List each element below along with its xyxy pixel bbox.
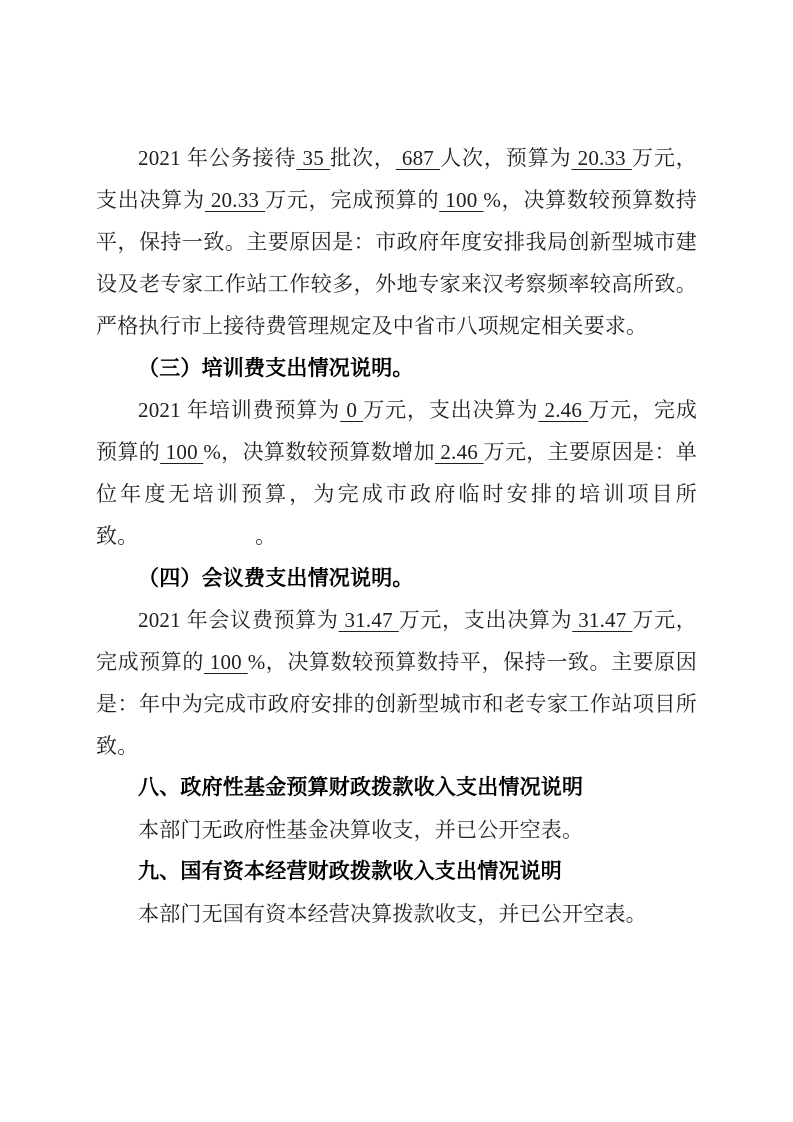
text-run: 人次，预算为 [440, 146, 571, 170]
paragraph: 2021 年培训费预算为 0 万元，支出决算为 2.46 万元，完成预算的 10… [96, 389, 697, 557]
underlined-value: 100 [439, 188, 483, 212]
paragraph: 2021 年公务接待 35 批次， 687 人次，预算为 20.33 万元，支出… [96, 137, 697, 347]
text-run: 八、政府性基金预算财政拨款收入支出情况说明 [138, 776, 583, 799]
text-run: 2021 年培训费预算为 [138, 398, 340, 422]
text-run: 。 [128, 524, 276, 548]
text-run: 2021 年公务接待 [138, 146, 296, 170]
underlined-value: 687 [396, 146, 440, 170]
underlined-value: 31.47 [339, 608, 399, 632]
text-run: 本部门无政府性基金决算收支，并已公开空表。 [138, 818, 583, 842]
text-run: （四）会议费支出情况说明。 [138, 566, 414, 590]
underlined-value: 2.46 [435, 440, 484, 464]
underlined-value: 100 [204, 650, 248, 674]
text-run: 2021 年会议费预算为 [138, 608, 339, 632]
sub-section-heading: （四）会议费支出情况说明。 [96, 557, 697, 599]
paragraph: 2021 年会议费预算为 31.47 万元，支出决算为 31.47 万元，完成预… [96, 599, 697, 767]
text-run: （三）培训费支出情况说明。 [138, 356, 414, 380]
section-heading: 八、政府性基金预算财政拨款收入支出情况说明 [96, 767, 697, 809]
underlined-value: 20.33 [205, 188, 265, 212]
text-run: 万元，完成预算的 [265, 188, 439, 212]
document-page: 2021 年公务接待 35 批次， 687 人次，预算为 20.33 万元，支出… [0, 0, 793, 1122]
text-run: 本部门无国有资本经营决算拨款收支，并已公开空表。 [138, 902, 647, 926]
section-heading: 九、国有资本经营财政拨款收入支出情况说明 [96, 851, 697, 893]
text-run: 九、国有资本经营财政拨款收入支出情况说明 [138, 860, 562, 883]
underlined-value: 100 [160, 440, 203, 464]
underlined-value: 31.47 [572, 608, 632, 632]
paragraph: 本部门无国有资本经营决算拨款收支，并已公开空表。 [96, 893, 697, 935]
text-run: %，决算数较预算数增加 [203, 440, 434, 464]
text-run: 万元，支出决算为 [399, 608, 573, 632]
text-run: 万元，支出决算为 [363, 398, 538, 422]
underlined-value: 2.46 [538, 398, 588, 422]
paragraph: 本部门无政府性基金决算收支，并已公开空表。 [96, 809, 697, 851]
underlined-value: 20.33 [571, 146, 632, 170]
sub-section-heading: （三）培训费支出情况说明。 [96, 347, 697, 389]
underlined-value: 0 [340, 398, 363, 422]
underlined-value: 35 [296, 146, 330, 170]
text-run: 批次， [330, 146, 396, 170]
